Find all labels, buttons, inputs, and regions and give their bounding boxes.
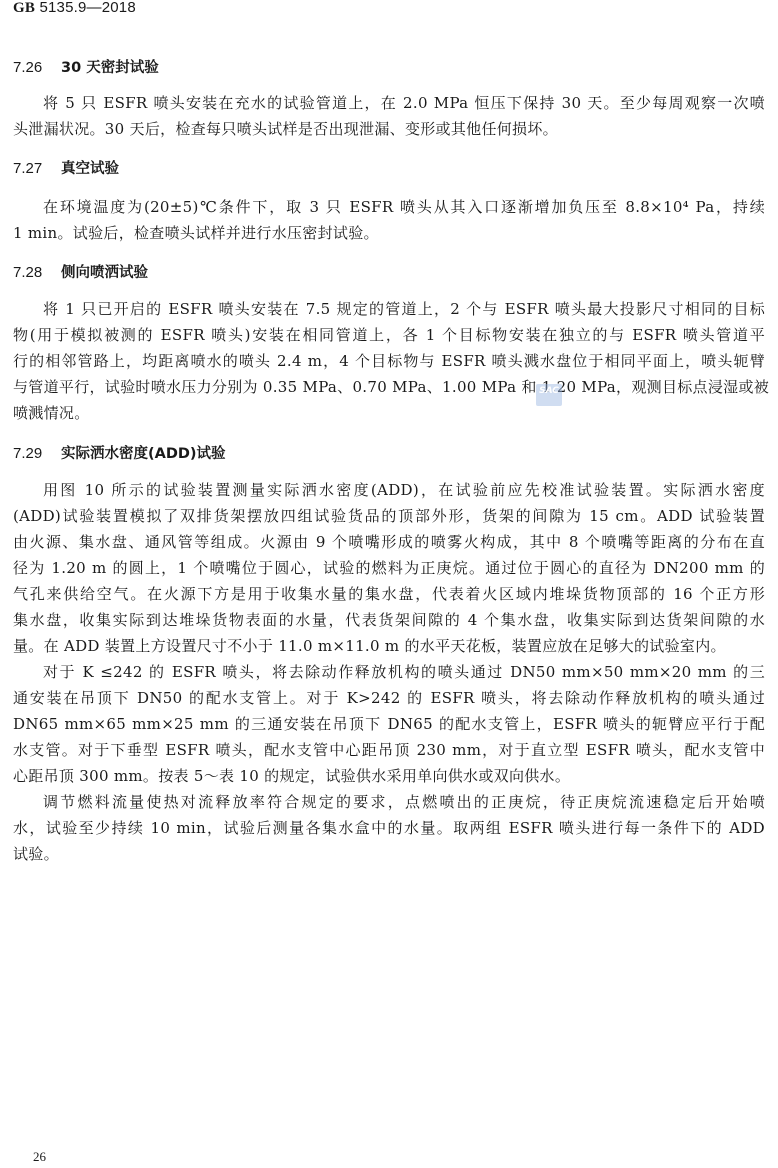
paragraph-7-29: 用图 10 所示的试验装置测量实际洒水密度(ADD)，在试验前应先校准试验装置。… [13,477,765,867]
text-line: 头泄漏状况。30 天后，检查每只喷头试样是否出现泄漏、变形或其他任何损坏。 [13,116,765,142]
section-title: 侧向喷洒试验 [61,265,148,281]
text-line: 由火源、集水盘、通风管等组成。火源由 9 个喷嘴形成的喷雾火构成，其中 8 个喷… [13,529,765,555]
text-line: 调节燃料流量使热对流释放率符合规定的要求，点燃喷出的正庚烷，待正庚烷流速稳定后开… [13,789,765,815]
text-line: 将 5 只 ESFR 喷头安装在充水的试验管道上，在 2.0 MPa 恒压下保持… [13,90,765,116]
text-line: 径为 1.20 m 的圆上，1 个喷嘴位于圆心，试验的燃料为正庚烷。通过位于圆心… [13,555,765,581]
text-line: 行的相邻管路上，均距离喷水的喷头 2.4 m，4 个目标物与 ESFR 喷头溅水… [13,348,765,374]
text-line: 心距吊顶 300 mm。按表 5～表 10 的规定，试验供水采用单向供水或双向供… [13,763,765,789]
section-heading-7-28: 7.28侧向喷洒试验 [13,261,148,282]
text-line: 物(用于模拟被测的 ESFR 喷头)安装在相同管道上，各 1 个目标物安装在独立… [13,322,765,348]
section-number: 7.29 [13,445,61,462]
text-line: (ADD)试验装置模拟了双排货架摆放四组试验货品的顶部外形，货架的间隙为 15 … [13,503,765,529]
section-title: 实际洒水密度(ADD)试验 [61,446,226,462]
paragraph-7-28: 将 1 只已开启的 ESFR 喷头安装在 7.5 规定的管道上，2 个与 ESF… [13,296,765,426]
text-line: 对于 K ≤242 的 ESFR 喷头，将去除动作释放机构的喷头通过 DN50 … [13,659,765,685]
section-heading-7-26: 7.2630 天密封试验 [13,56,159,77]
standard-code: 5135.9—2018 [35,0,136,16]
text-line: DN65 mm×65 mm×25 mm 的三通安装在吊顶下 DN65 的配水支管… [13,711,765,737]
section-number: 7.26 [13,59,61,76]
text-line: 通安装在吊顶下 DN50 的配水支管上。对于 K>242 的 ESFR 喷头，将… [13,685,765,711]
text-line: 气孔来供给空气。在火源下方是用于收集水量的集水盘，代表着火区域内堆垛货物顶部的 … [13,581,765,607]
section-heading-7-27: 7.27真空试验 [13,157,119,178]
standard-prefix: GB [13,0,35,16]
text-line: 集水盘，收集实际到达堆垛货物表面的水量，代表货架间隙的 4 个集水盘，收集实际到… [13,607,765,633]
paragraph-7-26: 将 5 只 ESFR 喷头安装在充水的试验管道上，在 2.0 MPa 恒压下保持… [13,90,765,142]
paragraph-7-27: 在环境温度为(20±5)℃条件下，取 3 只 ESFR 喷头从其入口逐渐增加负压… [13,194,765,246]
text-line: 将 1 只已开启的 ESFR 喷头安装在 7.5 规定的管道上，2 个与 ESF… [13,296,765,322]
section-heading-7-29: 7.29实际洒水密度(ADD)试验 [13,442,226,463]
document-header: GB 5135.9—2018 [13,0,136,17]
text-line: 与管道平行，试验时喷水压力分别为 0.35 MPa、0.70 MPa、1.00 … [13,374,765,400]
page-number: 26 [33,1149,46,1165]
section-title: 真空试验 [61,161,119,177]
text-line: 量。在 ADD 装置上方设置尺寸不小于 11.0 m×11.0 m 的水平天花板… [13,633,765,659]
section-number: 7.28 [13,264,61,281]
text-line: 水，试验至少持续 10 min，试验后测量各集水盒中的水量。取两组 ESFR 喷… [13,815,765,841]
text-line: 喷溅情况。 [13,400,765,426]
text-line: 用图 10 所示的试验装置测量实际洒水密度(ADD)，在试验前应先校准试验装置。… [13,477,765,503]
text-line: 水支管。对于下垂型 ESFR 喷头，配水支管中心距吊顶 230 mm，对于直立型… [13,737,765,763]
section-title: 30 天密封试验 [61,60,159,76]
text-line: 1 min。试验后，检查喷头试样并进行水压密封试验。 [13,220,765,246]
text-line: 在环境温度为(20±5)℃条件下，取 3 只 ESFR 喷头从其入口逐渐增加负压… [13,194,765,220]
section-number: 7.27 [13,160,61,177]
sac-watermark-logo: SAC [536,384,562,406]
text-line: 试验。 [13,841,765,867]
